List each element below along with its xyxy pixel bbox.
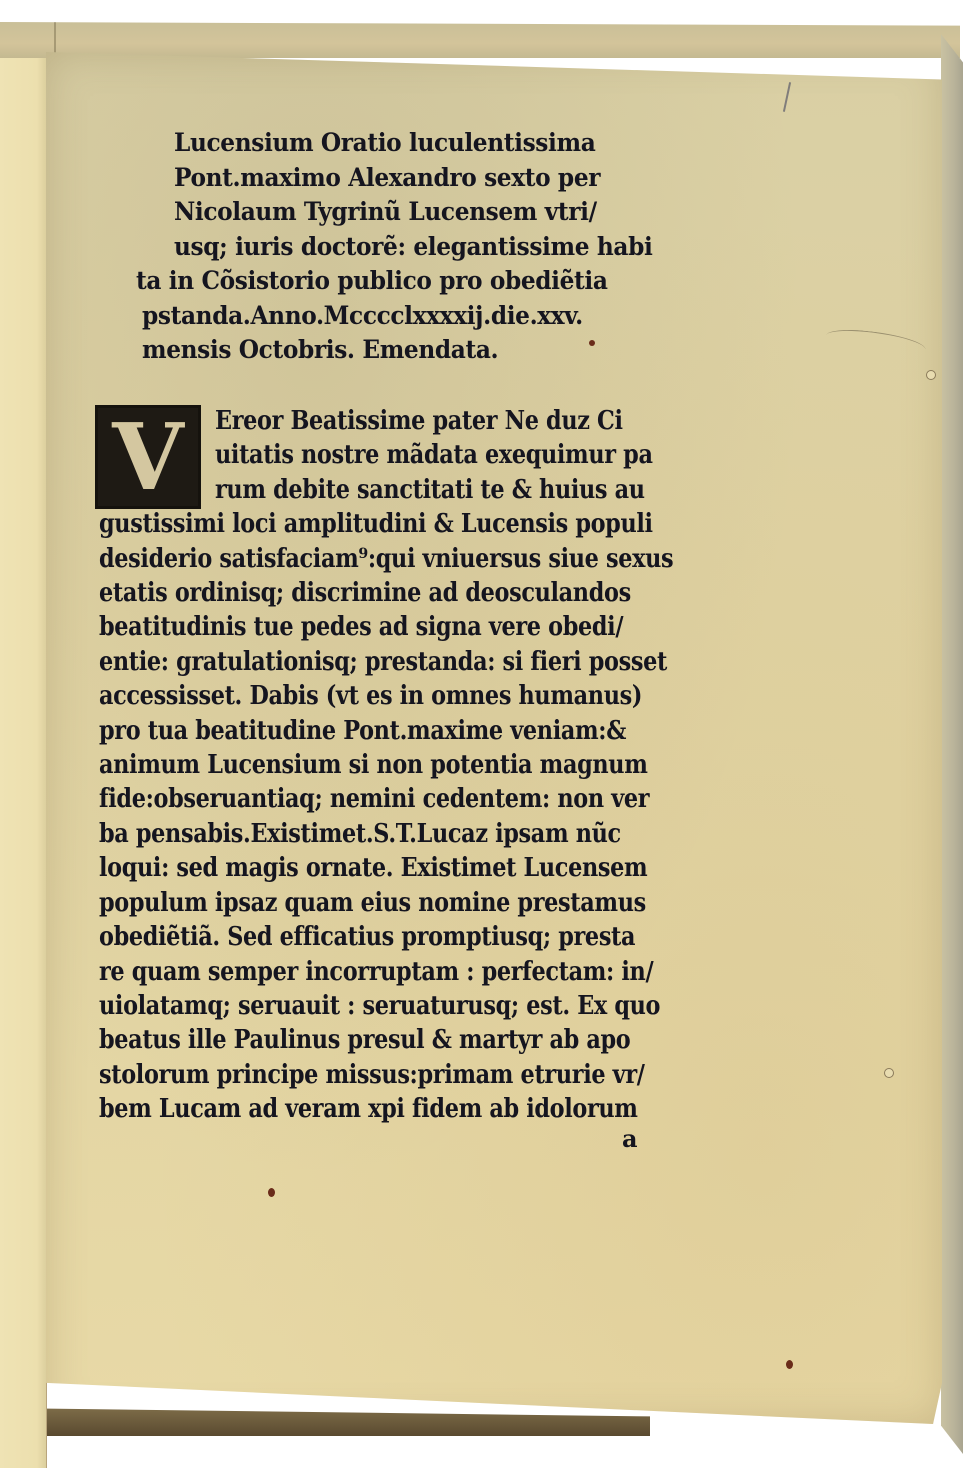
title-line: Nicolaum Tygrinũ Lucensem vtri/: [174, 195, 652, 230]
title-line: mensis Octobris. Emendata.: [142, 333, 650, 368]
title-line: Lucensium Oratio luculentissima: [174, 126, 652, 161]
body-line: ba pensabis.Existimet.S.T.Lucaz ipsam nũ…: [99, 817, 673, 851]
binding-bottom-edge: [0, 1408, 650, 1436]
body-line: pro tua beatitudine Pont.maxime veniam:&: [99, 714, 673, 748]
binding-fold: [54, 22, 56, 56]
body-line: stolorum principe missus:primam etrurie …: [99, 1058, 673, 1092]
title-line: Pont.maximo Alexandro sexto per: [174, 161, 652, 196]
body-line: obediẽtiã. Sed efficatius promptiusq; pr…: [99, 920, 673, 954]
signature-mark: a: [622, 1124, 638, 1153]
binding-top-edge: [0, 22, 960, 58]
worm-hole: [884, 1068, 894, 1078]
title-block: Lucensium Oratio luculentissima Pont.max…: [174, 126, 688, 368]
binding-right-edge: [941, 34, 963, 1454]
body-line: accessisset. Dabis (vt es in omnes human…: [99, 679, 673, 713]
body-line: animum Lucensium si non potentia magnum: [99, 748, 673, 782]
title-line: ta in Cõsistorio publico pro obediẽtia: [136, 264, 650, 299]
body-line: re quam semper incorruptam : perfectam: …: [99, 955, 673, 989]
body-line: entie: gratulationisq; prestanda: si fie…: [99, 645, 673, 679]
body-text: Ereor Beatissime pater Ne duz Ci uitatis…: [99, 404, 767, 1127]
worm-hole: [926, 370, 936, 380]
ink-spot: [268, 1188, 275, 1197]
body-line: rum debite sanctitati te & huius au: [215, 473, 689, 507]
body-line: desiderio satisfaciam⁹:qui vniuersus siu…: [99, 542, 673, 576]
body-line: beatitudinis tue pedes ad signa vere obe…: [99, 610, 673, 644]
body-line: Ereor Beatissime pater Ne duz Ci: [215, 404, 689, 438]
body-line: populum ipsaz quam eius nomine prestamus: [99, 886, 673, 920]
flyleaf: [0, 58, 47, 1468]
body-line: fide:obseruantiaq; nemini cedentem: non …: [99, 782, 673, 816]
body-line: beatus ille Paulinus presul & martyr ab …: [99, 1023, 673, 1057]
body-line: uiolatamq; seruauit : seruaturusq; est. …: [99, 989, 673, 1023]
body-line: gustissimi loci amplitudini & Lucensis p…: [99, 507, 673, 541]
title-line: pstanda.Anno.Mcccclxxxxij.die.xxv.: [142, 299, 650, 334]
body-line: loqui: sed magis ornate. Existimet Lucen…: [99, 851, 673, 885]
pencil-mark: [783, 82, 791, 112]
paper-crease: [825, 327, 927, 358]
title-line: usq; iuris doctorẽ: elegantissime habi: [174, 230, 652, 265]
body-line: bem Lucam ad veram xpi fidem ab idolorum: [99, 1092, 673, 1126]
ink-spot: [786, 1360, 793, 1369]
body-line: uitatis nostre mãdata exequimur pa: [215, 438, 689, 472]
body-line: etatis ordinisq; discrimine ad deosculan…: [99, 576, 673, 610]
